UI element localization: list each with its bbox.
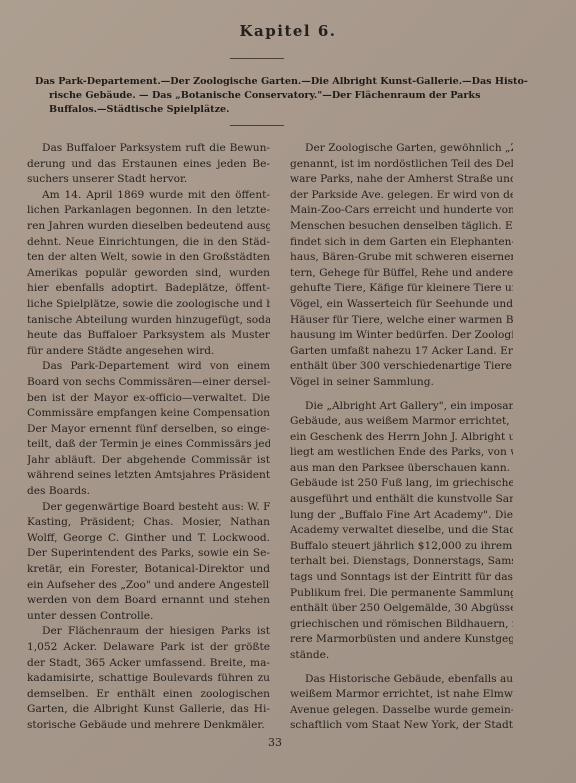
text-line: Gebäude ist 250 Fuß lang, im griechische… bbox=[290, 476, 513, 492]
text-line: hausung im Winter bedürfen. Der Zoologis… bbox=[290, 328, 513, 344]
text-line: findet sich in dem Garten ein Elephanten… bbox=[290, 235, 513, 251]
text-line: Commissäre empfangen keine Compensation bbox=[27, 406, 270, 422]
chapter-title: Kapitel 6. bbox=[0, 22, 576, 40]
text-line: Publikum frei. Die permanente Sammlung bbox=[290, 586, 513, 602]
text-line: Vögel in seiner Sammlung. bbox=[290, 375, 513, 391]
paragraph: Das Park-Departement wird von einemBoard… bbox=[27, 359, 270, 499]
text-line: des Boards. bbox=[27, 484, 270, 500]
text-line: Die „Albright Art Gallery", ein imposant… bbox=[290, 399, 513, 415]
text-line: Academy verwaltet dieselbe, und die Stad… bbox=[290, 523, 513, 539]
text-line: kretär, ein Forester, Botanical-Direktor… bbox=[27, 562, 270, 578]
text-line: genannt, ist im nordöstlichen Teil des D… bbox=[290, 157, 513, 173]
text-line: weißem Marmor errichtet, ist nahe Elmwoo… bbox=[290, 687, 513, 703]
text-line: Avenue gelegen. Dasselbe wurde gemein- bbox=[290, 703, 513, 719]
text-line: ren Jahren wurden dieselben bedeutend au… bbox=[27, 219, 270, 235]
left-column: Das Buffaloer Parksystem ruft die Bewun-… bbox=[27, 141, 270, 734]
chapter-summary: Das Park-Departement.—Der Zoologische Ga… bbox=[35, 75, 481, 117]
text-line: griechischen und römischen Bildhauern, m… bbox=[290, 617, 513, 633]
text-line: Garten umfaßt nahezu 17 Acker Land. Er bbox=[290, 344, 513, 360]
text-line: Das Park-Departement wird von einem bbox=[27, 359, 270, 375]
text-line: Gebäude, aus weißem Marmor errichtet, is… bbox=[290, 414, 513, 430]
book-page: Kapitel 6. Das Park-Departement.—Der Zoo… bbox=[0, 0, 576, 783]
text-line: ein Aufseher des „Zoo" und andere Angest… bbox=[27, 578, 270, 594]
text-line: tern, Gehege für Büffel, Rehe und andere bbox=[290, 266, 513, 282]
text-line: Kasting, Präsident; Chas. Mosier, Nathan bbox=[27, 515, 270, 531]
summary-line: rische Gebäude. — Das „Botanische Conser… bbox=[35, 89, 481, 103]
text-line: ben ist der Mayor ex-officio—verwaltet. … bbox=[27, 391, 270, 407]
text-line: während seines letzten Amtsjahres Präsid… bbox=[27, 468, 270, 484]
text-line: ten der alten Welt, sowie in den Großstä… bbox=[27, 250, 270, 266]
paragraph: Das Historische Gebäude, ebenfalls auswe… bbox=[290, 672, 513, 734]
text-line: stände. bbox=[290, 648, 513, 664]
right-column: Der Zoologische Garten, gewöhnlich „Zoo"… bbox=[290, 141, 513, 734]
text-line: Main-Zoo-Cars erreicht und hunderte von bbox=[290, 203, 513, 219]
summary-divider bbox=[230, 125, 284, 126]
text-line: Vögel, ein Wasserteich für Seehunde und bbox=[290, 297, 513, 313]
text-line: ausgeführt und enthält die kunstvolle Sa… bbox=[290, 492, 513, 508]
text-line: Der gegenwärtige Board besteht aus: W. F… bbox=[27, 500, 270, 516]
text-line: Menschen besuchen denselben täglich. Es … bbox=[290, 219, 513, 235]
text-line: der Stadt, 365 Acker umfassend. Breite, … bbox=[27, 656, 270, 672]
text-line: heute das Buffaloer Parksystem als Muste… bbox=[27, 328, 270, 344]
text-line: liegt am westlichen Ende des Parks, von … bbox=[290, 445, 513, 461]
text-line: Jahr abläuft. Der abgehende Commissär is… bbox=[27, 453, 270, 469]
summary-line: Das Park-Departement.—Der Zoologische Ga… bbox=[35, 75, 481, 89]
text-line: aus man den Parksee überschauen kann. Da… bbox=[290, 461, 513, 477]
text-line: teilt, daß der Termin je eines Commissär… bbox=[27, 437, 270, 453]
text-line: Der Superintendent des Parks, sowie ein … bbox=[27, 546, 270, 562]
text-line: hier ebenfalls adoptirt. Badeplätze, öff… bbox=[27, 281, 270, 297]
text-line: gehufte Tiere, Käfige für kleinere Tiere… bbox=[290, 281, 513, 297]
text-line: haus, Bären-Grube mit schweren eisernen … bbox=[290, 250, 513, 266]
text-line: lung der „Buffalo Fine Art Academy". Die bbox=[290, 508, 513, 524]
paragraph: Der Zoologische Garten, gewöhnlich „Zoo"… bbox=[290, 141, 513, 391]
text-line: ein Geschenk des Herrn John J. Albright … bbox=[290, 430, 513, 446]
text-line: tags und Sonntags ist der Eintritt für d… bbox=[290, 570, 513, 586]
text-line: Der Mayor ernennt fünf derselben, so ein… bbox=[27, 422, 270, 438]
text-line: für andere Städte angesehen wird. bbox=[27, 344, 270, 360]
text-line: der Parkside Ave. gelegen. Er wird von d… bbox=[290, 188, 513, 204]
paragraph: Die „Albright Art Gallery", ein imposant… bbox=[290, 399, 513, 664]
text-line: enthält über 250 Oelgemälde, 30 Abgüsse … bbox=[290, 601, 513, 617]
text-line: storische Gebäude und mehrere Denkmäler. bbox=[27, 718, 270, 734]
text-line: schaftlich vom Staat New York, der Stadt bbox=[290, 718, 513, 734]
text-line: Board von sechs Commissären—einer dersel… bbox=[27, 375, 270, 391]
text-line: Der Flächenraum der hiesigen Parks ist bbox=[27, 624, 270, 640]
paragraph: Das Buffaloer Parksystem ruft die Bewun-… bbox=[27, 141, 270, 188]
text-line: terhalt bei. Dienstags, Donnerstags, Sam… bbox=[290, 554, 513, 570]
text-line: Am 14. April 1869 wurde mit den öffent- bbox=[27, 188, 270, 204]
text-line: derung und das Erstaunen eines jeden Be- bbox=[27, 157, 270, 173]
text-line: Buffalo steuert jährlich $12,000 zu ihre… bbox=[290, 539, 513, 555]
text-line: Der Zoologische Garten, gewöhnlich „Zoo" bbox=[290, 141, 513, 157]
text-line: unter dessen Controlle. bbox=[27, 609, 270, 625]
text-line: 1,052 Acker. Delaware Park ist der größt… bbox=[27, 640, 270, 656]
paragraph: Der Flächenraum der hiesigen Parks ist1,… bbox=[27, 624, 270, 733]
text-line: Häuser für Tiere, welche einer warmen Be… bbox=[290, 313, 513, 329]
text-line: liche Spielplätze, sowie die zoologische… bbox=[27, 297, 270, 313]
text-line: tanische Abteilung wurden hinzugefügt, s… bbox=[27, 313, 270, 329]
text-line: Das Buffaloer Parksystem ruft die Bewun- bbox=[27, 141, 270, 157]
text-line: Amerikas populär geworden sind, wurden bbox=[27, 266, 270, 282]
text-line: dehnt. Neue Einrichtungen, die in den St… bbox=[27, 235, 270, 251]
text-line: Garten, die Albright Kunst Gallerie, das… bbox=[27, 702, 270, 718]
paragraph: Der gegenwärtige Board besteht aus: W. F… bbox=[27, 500, 270, 625]
text-line: rere Marmorbüsten und andere Kunstgegen- bbox=[290, 632, 513, 648]
summary-line: Buffalos.—Städtische Spielplätze. bbox=[35, 103, 481, 117]
text-line: Wolff, George C. Ginther und T. Lockwood… bbox=[27, 531, 270, 547]
text-line: demselben. Er enthält einen zoologischen bbox=[27, 687, 270, 703]
paragraph: Am 14. April 1869 wurde mit den öffent-l… bbox=[27, 188, 270, 360]
text-line: werden von dem Board ernannt und stehen bbox=[27, 593, 270, 609]
text-line: enthält über 300 verschiedenartige Tiere… bbox=[290, 359, 513, 375]
text-line: Das Historische Gebäude, ebenfalls aus bbox=[290, 672, 513, 688]
text-line: suchers unserer Stadt hervor. bbox=[27, 172, 270, 188]
text-line: kadamisirte, schattige Boulevards führen… bbox=[27, 671, 270, 687]
text-line: lichen Parkanlagen begonnen. In den letz… bbox=[27, 203, 270, 219]
title-divider bbox=[230, 58, 284, 59]
text-line: ware Parks, nahe der Amherst Straße und bbox=[290, 172, 513, 188]
page-number: 33 bbox=[268, 736, 282, 749]
